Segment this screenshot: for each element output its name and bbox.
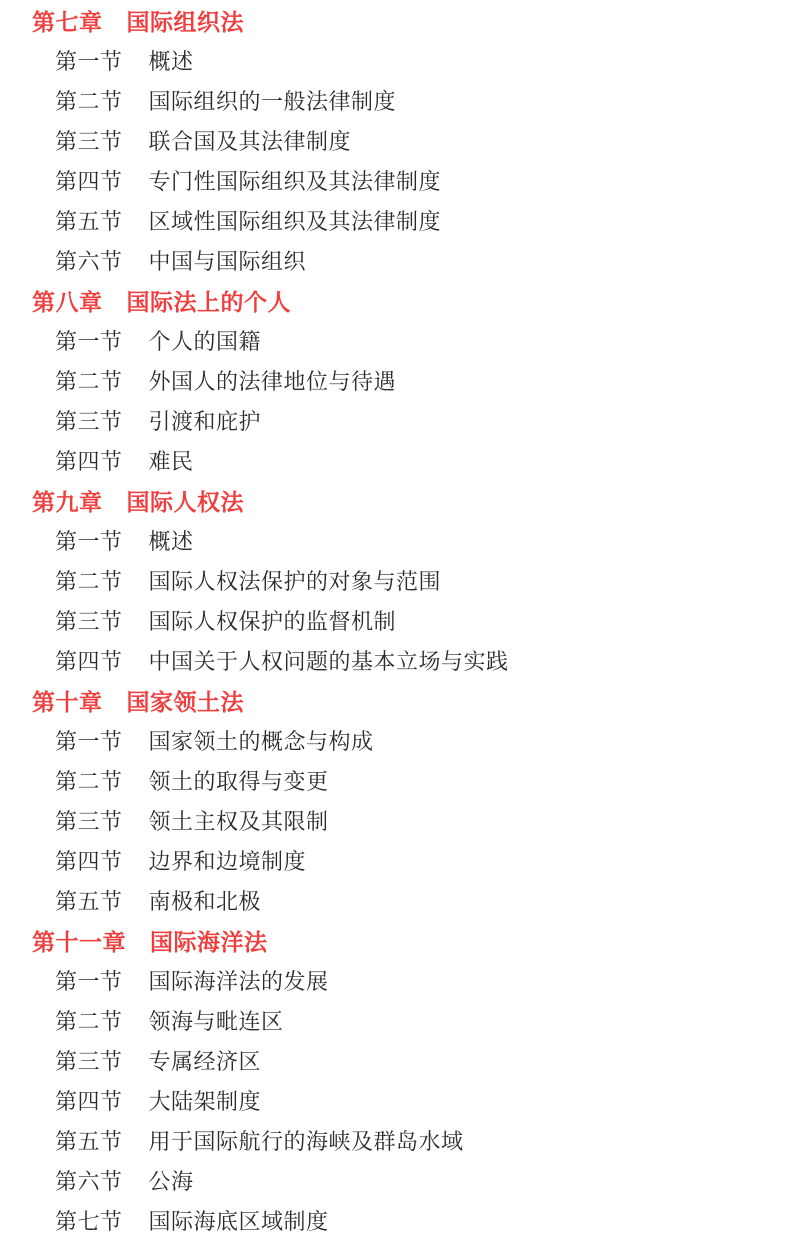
section-number: 第三节: [55, 605, 123, 636]
section-title: 用于国际航行的海峡及群岛水域: [149, 1125, 464, 1156]
section-title: 边界和边境制度: [149, 845, 307, 876]
section-number: 第六节: [55, 245, 123, 276]
section-title: 领海与毗连区: [149, 1005, 284, 1036]
section-title: 区域性国际组织及其法律制度: [149, 205, 442, 236]
table-of-contents: 第七章国际组织法第一节概述第二节国际组织的一般法律制度第三节联合国及其法律制度第…: [0, 0, 790, 1240]
section-item[interactable]: 第五节用于国际航行的海峡及群岛水域: [0, 1120, 790, 1160]
section-number: 第四节: [55, 445, 123, 476]
section-number: 第七节: [55, 1205, 123, 1236]
chapter-number: 第七章: [32, 4, 103, 37]
section-title: 国家领土的概念与构成: [149, 725, 374, 756]
section-number: 第二节: [55, 565, 123, 596]
chapter-heading[interactable]: 第十一章国际海洋法: [0, 920, 790, 960]
section-number: 第六节: [55, 1165, 123, 1196]
section-title: 个人的国籍: [149, 325, 262, 356]
section-number: 第四节: [55, 1085, 123, 1116]
section-title: 中国关于人权问题的基本立场与实践: [149, 645, 509, 676]
section-item[interactable]: 第一节概述: [0, 40, 790, 80]
toc-page: 第七章国际组织法第一节概述第二节国际组织的一般法律制度第三节联合国及其法律制度第…: [0, 0, 790, 1240]
section-title: 南极和北极: [149, 885, 262, 916]
section-number: 第一节: [55, 45, 123, 76]
section-title: 公海: [149, 1165, 194, 1196]
section-number: 第五节: [55, 205, 123, 236]
chapter-title: 国际海洋法: [150, 924, 268, 957]
section-title: 大陆架制度: [149, 1085, 262, 1116]
section-item[interactable]: 第五节南极和北极: [0, 880, 790, 920]
section-number: 第二节: [55, 1005, 123, 1036]
section-item[interactable]: 第四节边界和边境制度: [0, 840, 790, 880]
section-title: 难民: [149, 445, 194, 476]
section-item[interactable]: 第七节国际海底区域制度: [0, 1200, 790, 1240]
section-number: 第一节: [55, 965, 123, 996]
chapter-number: 第十章: [32, 684, 103, 717]
section-title: 国际组织的一般法律制度: [149, 85, 397, 116]
section-item[interactable]: 第一节个人的国籍: [0, 320, 790, 360]
section-item[interactable]: 第六节中国与国际组织: [0, 240, 790, 280]
section-title: 领土主权及其限制: [149, 805, 329, 836]
section-item[interactable]: 第三节专属经济区: [0, 1040, 790, 1080]
section-item[interactable]: 第二节外国人的法律地位与待遇: [0, 360, 790, 400]
chapter-number: 第十一章: [32, 924, 126, 957]
chapter-number: 第八章: [32, 284, 103, 317]
section-title: 国际海洋法的发展: [149, 965, 329, 996]
section-title: 联合国及其法律制度: [149, 125, 352, 156]
section-number: 第二节: [55, 765, 123, 796]
section-title: 外国人的法律地位与待遇: [149, 365, 397, 396]
section-number: 第三节: [55, 125, 123, 156]
section-number: 第四节: [55, 165, 123, 196]
section-item[interactable]: 第三节联合国及其法律制度: [0, 120, 790, 160]
section-item[interactable]: 第一节国际海洋法的发展: [0, 960, 790, 1000]
chapter-title: 国际法上的个人: [127, 284, 292, 317]
section-item[interactable]: 第一节国家领土的概念与构成: [0, 720, 790, 760]
chapter-title: 国际组织法: [127, 4, 245, 37]
chapter-title: 国家领土法: [127, 684, 245, 717]
section-number: 第一节: [55, 525, 123, 556]
section-title: 中国与国际组织: [149, 245, 307, 276]
section-title: 概述: [149, 45, 194, 76]
section-title: 引渡和庇护: [149, 405, 262, 436]
chapter-title: 国际人权法: [127, 484, 245, 517]
section-number: 第二节: [55, 365, 123, 396]
section-item[interactable]: 第四节难民: [0, 440, 790, 480]
section-item[interactable]: 第四节中国关于人权问题的基本立场与实践: [0, 640, 790, 680]
section-title: 专门性国际组织及其法律制度: [149, 165, 442, 196]
section-item[interactable]: 第二节国际人权法保护的对象与范围: [0, 560, 790, 600]
section-number: 第三节: [55, 405, 123, 436]
chapter-heading[interactable]: 第八章国际法上的个人: [0, 280, 790, 320]
section-number: 第四节: [55, 845, 123, 876]
chapter-number: 第九章: [32, 484, 103, 517]
section-number: 第五节: [55, 885, 123, 916]
section-number: 第二节: [55, 85, 123, 116]
section-item[interactable]: 第四节专门性国际组织及其法律制度: [0, 160, 790, 200]
section-number: 第三节: [55, 805, 123, 836]
section-item[interactable]: 第一节概述: [0, 520, 790, 560]
section-number: 第四节: [55, 645, 123, 676]
section-item[interactable]: 第二节领海与毗连区: [0, 1000, 790, 1040]
section-item[interactable]: 第三节引渡和庇护: [0, 400, 790, 440]
section-title: 领土的取得与变更: [149, 765, 329, 796]
section-title: 国际海底区域制度: [149, 1205, 329, 1236]
section-item[interactable]: 第二节国际组织的一般法律制度: [0, 80, 790, 120]
section-number: 第一节: [55, 725, 123, 756]
section-title: 国际人权法保护的对象与范围: [149, 565, 442, 596]
section-title: 概述: [149, 525, 194, 556]
section-item[interactable]: 第二节领土的取得与变更: [0, 760, 790, 800]
chapter-heading[interactable]: 第十章国家领土法: [0, 680, 790, 720]
section-item[interactable]: 第三节领土主权及其限制: [0, 800, 790, 840]
chapter-heading[interactable]: 第九章国际人权法: [0, 480, 790, 520]
section-item[interactable]: 第五节区域性国际组织及其法律制度: [0, 200, 790, 240]
section-item[interactable]: 第六节公海: [0, 1160, 790, 1200]
chapter-heading[interactable]: 第七章国际组织法: [0, 0, 790, 40]
section-item[interactable]: 第三节国际人权保护的监督机制: [0, 600, 790, 640]
section-item[interactable]: 第四节大陆架制度: [0, 1080, 790, 1120]
section-title: 专属经济区: [149, 1045, 262, 1076]
section-title: 国际人权保护的监督机制: [149, 605, 397, 636]
section-number: 第五节: [55, 1125, 123, 1156]
section-number: 第一节: [55, 325, 123, 356]
section-number: 第三节: [55, 1045, 123, 1076]
